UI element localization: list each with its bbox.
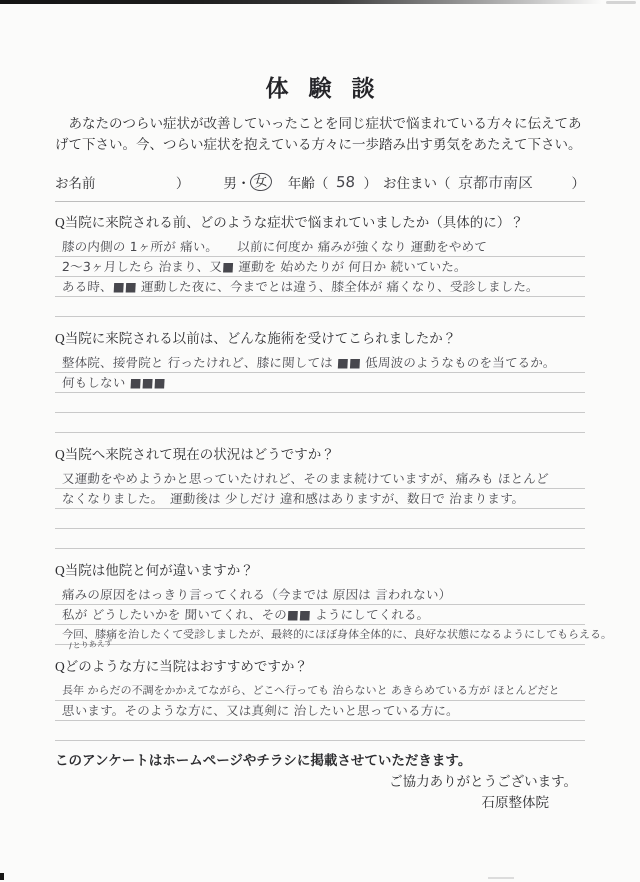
ruled-line-empty — [55, 297, 585, 317]
question-text: Qどのような方に当院はおすすめですか？ — [55, 657, 585, 676]
question-block-symptoms-before: Q当院に来院される前、どのような症状で悩まれていましたか（具体的に）？ 膝の内側… — [55, 213, 585, 317]
intro-paragraph: あなたのつらい症状が改善していったことを同じ症状で悩まれている方々に伝えてあげて… — [55, 114, 585, 155]
handwritten-answer-line: 痛みの原因をはっきり言ってくれる（今までは 原因は 言われない） — [62, 585, 452, 604]
answer-area: 膝の内側の 1ヶ所が 痛い。 以前に何度か 痛みが強くなり 運動をやめて 2〜3… — [55, 237, 585, 317]
answer-area: 痛みの原因をはっきり言ってくれる（今までは 原因は 言われない） 私が どうした… — [55, 585, 585, 645]
residence-value-handwritten: 京都市南区 — [458, 172, 534, 193]
scan-artifact-top-right — [606, 1, 636, 4]
handwritten-answer-line: 2〜3ヶ月したら 治まり、又■ 運動を 始めたりが 何日か 続いていた。 — [62, 257, 468, 276]
ruled-line-empty — [55, 529, 585, 549]
clinic-name: 石原整体院 — [55, 793, 585, 812]
ruled-line-empty — [55, 721, 585, 741]
residence-close-paren: ） — [572, 172, 586, 192]
footer-thanks: ご協力ありがとうございます。 — [55, 772, 585, 791]
ruled-line: 2〜3ヶ月したら 治まり、又■ 運動を 始めたりが 何日か 続いていた。 — [55, 257, 585, 277]
residence-label: お住まい（ — [383, 172, 451, 192]
question-block-difference-from-others: Q当院は他院と何が違いますか？ 痛みの原因をはっきり言ってくれる（今までは 原因… — [55, 561, 585, 645]
question-text: Q当院に来院される以前は、どんな施術を受けてこられましたか？ — [55, 329, 585, 348]
handwritten-insertion-note: とりあえず — [69, 639, 113, 650]
gender-female-circled: 女 — [249, 172, 273, 192]
age-close-paren: ） — [363, 172, 377, 192]
document-content: 体験談 あなたのつらい症状が改善していったことを同じ症状で悩まれている方々に伝え… — [0, 0, 640, 812]
question-block-previous-treatment: Q当院に来院される以前は、どんな施術を受けてこられましたか？ 整体院、接骨院と … — [55, 329, 585, 433]
question-text: Q当院は他院と何が違いますか？ — [55, 561, 585, 580]
handwritten-answer-line: 私が どうしたいかを 聞いてくれ、その■■ ようにしてくれる。 — [62, 605, 430, 624]
ruled-line: ある時、■■ 運動した夜に、今までとは違う、膝全体が 痛くなり、受診しました。 — [55, 277, 585, 297]
question-text: Q当院に来院される前、どのような症状で悩まれていましたか（具体的に）？ — [55, 213, 585, 232]
ruled-line: 又運動をやめようかと思っていたけれど、そのまま続けていますが、痛みも ほとんど — [55, 469, 585, 489]
ruled-line: 整体院、接骨院と 行ったけれど、膝に関しては ■■ 低周波のようなものを当てるか… — [55, 353, 585, 373]
question-text: Q当院へ来院されて現在の状況はどうですか？ — [55, 445, 585, 464]
ruled-line: 今回、膝痛を治したくて受診しましたが、最終的にほぼ身体全体的に、良好な状態になる… — [55, 625, 585, 645]
ruled-line: 長年 からだの不調をかかえてながら、どこへ行っても 治らないと あきらめている方… — [55, 681, 585, 701]
ruled-line: 痛みの原因をはっきり言ってくれる（今までは 原因は 言われない） — [55, 585, 585, 605]
ruled-line: 私が どうしたいかを 聞いてくれ、その■■ ようにしてくれる。 — [55, 605, 585, 625]
answer-area: 整体院、接骨院と 行ったけれど、膝に関しては ■■ 低周波のようなものを当てるか… — [55, 353, 585, 433]
scan-artifact-bottom-left — [0, 873, 4, 880]
handwritten-answer-line: 膝の内側の 1ヶ所が 痛い。 以前に何度か 痛みが強くなり 運動をやめて — [62, 237, 488, 256]
scan-artifact-top-edge — [0, 0, 640, 4]
answer-area: 長年 からだの不調をかかえてながら、どこへ行っても 治らないと あきらめている方… — [55, 681, 585, 741]
ruled-line: なくなりました。 運動後は 少しだけ 違和感はありますが、数日で 治まります。 — [55, 489, 585, 509]
question-block-recommended-for: Qどのような方に当院はおすすめですか？ 長年 からだの不調をかかえてながら、どこ… — [55, 657, 585, 741]
ruled-line: 何もしない ■■■ — [55, 373, 585, 393]
handwritten-answer-line: 思います。そのような方に、又は真剣に 治したいと思っている方に。 — [62, 701, 460, 720]
handwritten-answer-line: ある時、■■ 運動した夜に、今までとは違う、膝全体が 痛くなり、受診しました。 — [62, 277, 540, 296]
profile-row: お名前 ） 男 ・ 女 年齢（ 58 ） お住まい（ 京都市南区 ） — [55, 170, 585, 194]
handwritten-answer-line: 長年 からだの不調をかかえてながら、どこへ行っても 治らないと あきらめている方… — [62, 681, 561, 700]
section-divider — [55, 201, 585, 202]
scan-artifact-bottom-smudge — [488, 877, 514, 879]
handwritten-answer-line: 整体院、接骨院と 行ったけれど、膝に関しては ■■ 低周波のようなものを当てるか… — [62, 353, 557, 372]
page-title: 体験談 — [55, 74, 585, 104]
ruled-line-empty — [55, 393, 585, 413]
handwritten-answer-line: 何もしない ■■■ — [62, 373, 167, 392]
age-label: 年齢（ — [288, 172, 329, 192]
ruled-line: 思います。そのような方に、又は真剣に 治したいと思っている方に。 — [55, 701, 585, 721]
ruled-line-empty — [55, 509, 585, 529]
handwritten-answer-line: 又運動をやめようかと思っていたけれど、そのまま続けていますが、痛みも ほとんど — [62, 469, 550, 488]
gender-separator: ・ — [237, 172, 251, 192]
name-label: お名前 — [55, 172, 96, 192]
footer-publication-note: このアンケートはホームページやチラシに掲載させていただきます。 — [55, 751, 585, 770]
scanned-testimonial-page: 体験談 あなたのつらい症状が改善していったことを同じ症状で悩まれている方々に伝え… — [0, 0, 640, 882]
gender-field: 男 ・ 女 — [223, 172, 272, 192]
ruled-line: 膝の内側の 1ヶ所が 痛い。 以前に何度か 痛みが強くなり 運動をやめて — [55, 237, 585, 257]
age-value-handwritten: 58 — [336, 173, 356, 191]
question-block-current-condition: Q当院へ来院されて現在の状況はどうですか？ 又運動をやめようかと思っていたけれど… — [55, 445, 585, 549]
name-close-paren: ） — [176, 172, 190, 192]
ruled-line-empty — [55, 413, 585, 433]
handwritten-answer-line: 今回、膝痛を治したくて受診しましたが、最終的にほぼ身体全体的に、良好な状態になる… — [62, 625, 613, 644]
answer-area: 又運動をやめようかと思っていたけれど、そのまま続けていますが、痛みも ほとんど … — [55, 469, 585, 549]
handwritten-answer-line: なくなりました。 運動後は 少しだけ 違和感はありますが、数日で 治まります。 — [62, 489, 525, 508]
gender-male-label: 男 — [223, 172, 237, 192]
